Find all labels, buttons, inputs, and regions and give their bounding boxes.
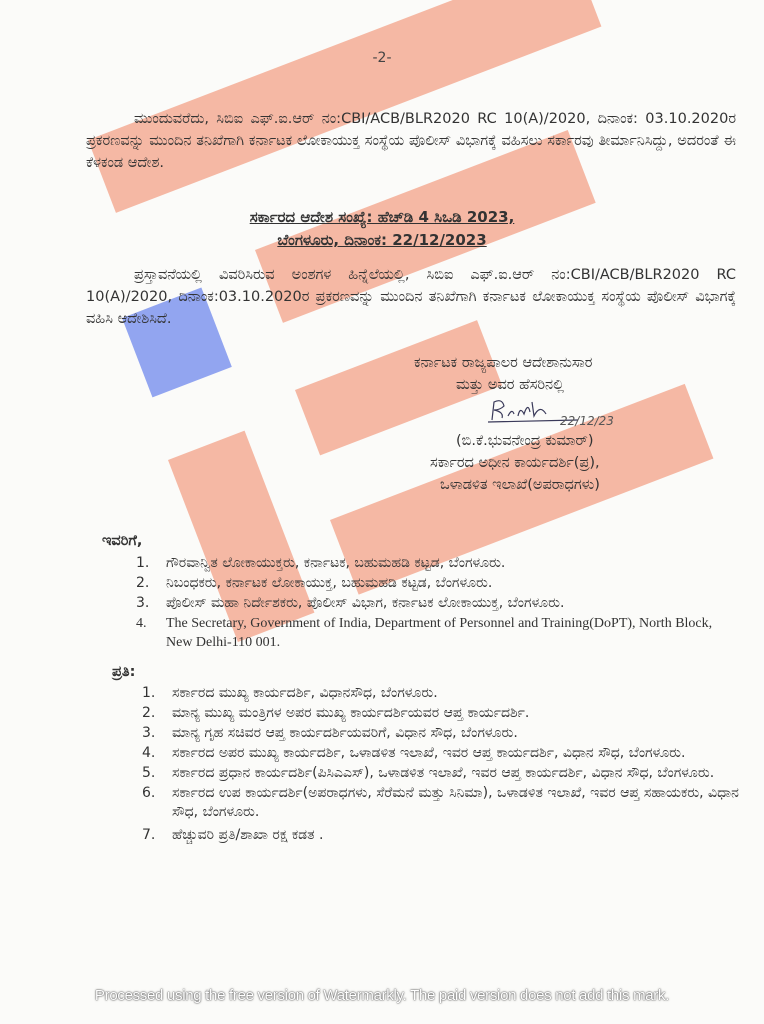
list-item: 7.ಹೆಚ್ಚುವರಿ ಪ್ರತಿ/ಶಾಖಾ ರಕ್ಷ ಕಡತ .: [142, 826, 742, 845]
list-item: 1.ಸರ್ಕಾರದ ಮುಖ್ಯ ಕಾರ್ಯದರ್ಶಿ, ವಿಧಾನಸೌಧ, ಬೆ…: [142, 684, 742, 703]
document-page: -2- ಮುಂದುವರೆದು, ಸಿಬಿಐ ಎಫ್.ಐ.ಆರ್ ನಂ:CBI/A…: [0, 0, 764, 1024]
list-item: 6.ಸರ್ಕಾರದ ಉಪ ಕಾರ್ಯದರ್ಶಿ(ಅಪರಾಧಗಳು, ಸೆರೆಮನ…: [142, 784, 742, 822]
list-item: 3.ಮಾನ್ಯ ಗೃಹ ಸಚಿವರ ಆಪ್ತ ಕಾರ್ಯದರ್ಶಿಯವರಿಗೆ,…: [142, 724, 742, 743]
intro-paragraph: ಮುಂದುವರೆದು, ಸಿಬಿಐ ಎಫ್.ಐ.ಆರ್ ನಂ:CBI/ACB/B…: [86, 108, 736, 174]
list-item: 2.ನಿಬಂಧಕರು, ಕರ್ನಾಟಕ ಲೋಕಾಯುಕ್ತ, ಬಹುಮಹಡಿ ಕ…: [136, 574, 736, 593]
recipients-heading: ಇವರಿಗೆ,: [102, 533, 142, 549]
signature-date: 22/12/23: [560, 414, 614, 428]
authority-line-2: ಮತ್ತು ಅವರ ಹೆಸರಿನಲ್ಲಿ: [414, 374, 734, 396]
order-title: ಸರ್ಕಾರದ ಆದೇಶ ಸಂಖ್ಯೆ: ಹೆಚ್‌ಡಿ 4 ಸಿಒಡಿ 202…: [0, 206, 764, 252]
signatory-designation: ಸರ್ಕಾರದ ಅಧೀನ ಕಾರ್ಯದರ್ಶಿ(ಪ್ರ),: [430, 452, 750, 474]
signatory-department: ಒಳಾಡಳಿತ ಇಲಾಖೆ(ಅಪರಾಧಗಳು): [430, 474, 750, 496]
signatory-name: (ಬಿ.ಕೆ.ಭುವನೇಂದ್ರ ಕುಮಾರ್): [430, 430, 750, 452]
signatory-block: (ಬಿ.ಕೆ.ಭುವನೇಂದ್ರ ಕುಮಾರ್) ಸರ್ಕಾರದ ಅಧೀನ ಕಾ…: [430, 430, 750, 496]
copies-heading: ಪ್ರತಿ:: [112, 664, 135, 680]
order-number: ಸರ್ಕಾರದ ಆದೇಶ ಸಂಖ್ಯೆ: ಹೆಚ್‌ಡಿ 4 ಸಿಒಡಿ 202…: [250, 208, 515, 226]
list-item: 4.ಸರ್ಕಾರದ ಅಪರ ಮುಖ್ಯ ಕಾರ್ಯದರ್ಶಿ, ಒಳಾಡಳಿತ …: [142, 744, 742, 763]
list-item: 4.The Secretary, Government of India, De…: [136, 614, 736, 652]
order-paragraph: ಪ್ರಸ್ತಾವನೆಯಲ್ಲಿ ವಿವರಿಸಿರುವ ಅಂಶಗಳ ಹಿನ್ನೆಲ…: [86, 264, 736, 330]
watermark-footer-text: Processed using the free version of Wate…: [0, 987, 764, 1004]
order-date: ಬೆಂಗಳೂರು, ದಿನಾಂಕ: 22/12/2023: [277, 231, 486, 249]
list-item: 1.ಗೌರವಾನ್ವಿತ ಲೋಕಾಯುಕ್ತರು, ಕರ್ನಾಟಕ, ಬಹುಮಹ…: [136, 554, 736, 573]
authority-line-1: ಕರ್ನಾಟಕ ರಾಜ್ಯಪಾಲರ ಆದೇಶಾನುಸಾರ: [414, 352, 734, 374]
page-number: -2-: [0, 50, 764, 66]
authority-block: ಕರ್ನಾಟಕ ರಾಜ್ಯಪಾಲರ ಆದೇಶಾನುಸಾರ ಮತ್ತು ಅವರ ಹ…: [414, 352, 734, 396]
list-item: 5.ಸರ್ಕಾರದ ಪ್ರಧಾನ ಕಾರ್ಯದರ್ಶಿ(ಪಿಸಿಎಎಸ್), ಒ…: [142, 764, 742, 783]
recipients-list: 1.ಗೌರವಾನ್ವಿತ ಲೋಕಾಯುಕ್ತರು, ಕರ್ನಾಟಕ, ಬಹುಮಹ…: [136, 554, 736, 653]
list-item: 3.ಪೊಲೀಸ್ ಮಹಾ ನಿರ್ದೇಶಕರು, ಪೊಲೀಸ್ ವಿಭಾಗ, ಕ…: [136, 594, 736, 613]
copies-list: 1.ಸರ್ಕಾರದ ಮುಖ್ಯ ಕಾರ್ಯದರ್ಶಿ, ವಿಧಾನಸೌಧ, ಬೆ…: [142, 684, 742, 846]
list-item: 2.ಮಾನ್ಯ ಮುಖ್ಯ ಮಂತ್ರಿಗಳ ಅಪರ ಮುಖ್ಯ ಕಾರ್ಯದರ…: [142, 704, 742, 723]
